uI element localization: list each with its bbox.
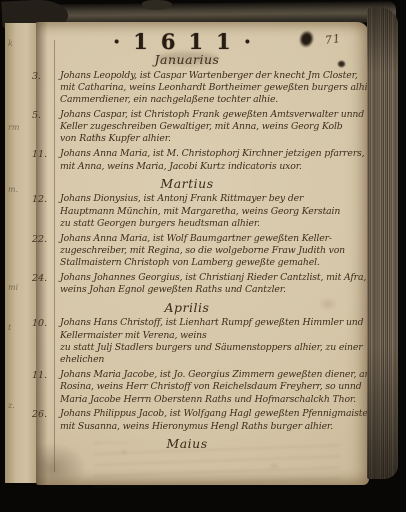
entry-day-number: 10. — [29, 317, 60, 366]
register-entry: 11.Johans Maria Jacobe, ist Jo. Georgius… — [29, 369, 369, 406]
entry-day-number: 3. — [29, 70, 60, 107]
entry-text: Johans Leopoldy, ist Caspar Wartenberger… — [60, 70, 369, 107]
entry-line: Johans Maria Jacobe, ist Jo. Georgius Zi… — [60, 369, 369, 381]
month-heading: Januarius — [17, 52, 357, 67]
entry-line: Cammerdiener, ein nachgelaßene tochter a… — [60, 94, 369, 106]
entry-line: Maria Jacobe Herrn Oberstenn Raths und H… — [60, 394, 369, 406]
entry-line: Johans Anna Maria, ist Wolf Baumgartner … — [60, 233, 369, 245]
entry-line: Johans Johannes Georgius, ist Christianj… — [60, 272, 369, 284]
entry-text: Johans Caspar, ist Christoph Frank geweß… — [60, 109, 369, 146]
facing-page-fragment: z. — [8, 401, 15, 410]
entry-line: mit Anna, weins Maria, Jacobi Kurtz indi… — [60, 161, 369, 173]
manuscript-photo: k rm m. mi t z. ·1611· 71 Januarius3.Joh… — [0, 0, 406, 512]
entry-text: Johans Johannes Georgius, ist Christianj… — [60, 272, 369, 297]
month-heading: Aprilis — [17, 300, 357, 315]
register-entry: 22.Johans Anna Maria, ist Wolf Baumgartn… — [29, 233, 369, 270]
entry-line: Johans Dionysius, ist Antonj Frank Rittm… — [60, 193, 369, 205]
entry-line: Keller zugeschreiben Gewaltiger, mit Ann… — [60, 121, 369, 133]
register-entry: 10.Johans Hans Christoff, ist Lienhart R… — [29, 317, 369, 366]
entry-line: weins Johan Egnol geweßten Raths und Can… — [60, 284, 369, 296]
entry-line: ehelichen — [60, 354, 369, 366]
register-entry: 11.Johans Anna Maria, ist M. Christophor… — [29, 148, 369, 173]
entry-line: mit Susanna, weins Hieronymus Hengl Rath… — [60, 421, 369, 433]
facing-page-fragment: k — [8, 39, 13, 48]
entry-line: Johans Leopoldy, ist Caspar Wartenberger… — [60, 70, 369, 82]
entry-line: Hauptmann Münchin, mit Margaretha, weins… — [60, 206, 369, 218]
facing-page-fragment: mi — [8, 283, 18, 292]
entry-line: zu statt Georgen burgers heudtsman alhie… — [60, 218, 369, 230]
entry-line: Rosina, weins Herr Christoff von Reichel… — [60, 381, 369, 393]
entry-text: Johans Maria Jacobe, ist Jo. Georgius Zi… — [60, 369, 369, 406]
month-section: Aprilis10.Johans Hans Christoff, ist Lie… — [29, 300, 369, 433]
entry-text: Johans Anna Maria, ist M. Christophorj K… — [60, 148, 369, 173]
entry-day-number: 11. — [29, 369, 60, 406]
entry-line: Johans Anna Maria, ist M. Christophorj K… — [60, 148, 369, 160]
entry-line: von Raths Kupfer alhier. — [60, 133, 369, 145]
folio-number: 71 — [324, 32, 341, 47]
register-entry: 5.Johans Caspar, ist Christoph Frank gew… — [29, 109, 369, 146]
register-entry: 3.Johans Leopoldy, ist Caspar Wartenberg… — [29, 70, 369, 107]
facing-page-fragment: rm — [8, 123, 19, 132]
entry-line: Kellermaister mit Verena, weins — [60, 330, 369, 342]
entries-area: Januarius3.Johans Leopoldy, ist Caspar W… — [29, 50, 369, 452]
manuscript-page: ·1611· 71 Januarius3.Johans Leopoldy, is… — [36, 22, 369, 485]
facing-page-fragment: t — [8, 323, 11, 332]
entry-line: zugeschreiber, mit Regina, so die wolgeb… — [60, 245, 369, 257]
entry-line: mit Catharina, weins Leonhardt Bortheime… — [60, 82, 369, 94]
entry-text: Johans Dionysius, ist Antonj Frank Rittm… — [60, 193, 369, 230]
register-entry: 26.Johans Philippus Jacob, ist Wolfgang … — [29, 408, 369, 433]
month-section: Maius — [29, 436, 369, 451]
fore-edge — [367, 7, 398, 479]
entry-day-number: 5. — [29, 109, 60, 146]
month-section: Januarius3.Johans Leopoldy, ist Caspar W… — [29, 52, 369, 173]
entry-line: Stallmaistern Christoph von Lamberg gewe… — [60, 257, 369, 269]
entry-line: Johans Philippus Jacob, ist Wolfgang Hag… — [60, 408, 369, 420]
entry-text: Johans Anna Maria, ist Wolf Baumgartner … — [60, 233, 369, 270]
register-entry: 12.Johans Dionysius, ist Antonj Frank Ri… — [29, 193, 369, 230]
entry-line: zu statt Julj Stadlers burgers und Säume… — [60, 342, 369, 354]
month-section: Martius12.Johans Dionysius, ist Antonj F… — [29, 176, 369, 297]
entry-text: Johans Hans Christoff, ist Lienhart Rump… — [60, 317, 369, 366]
entry-day-number: 22. — [29, 233, 60, 270]
entry-text: Johans Philippus Jacob, ist Wolfgang Hag… — [60, 408, 369, 433]
entry-day-number: 11. — [29, 148, 60, 173]
month-heading: Maius — [17, 436, 357, 451]
month-heading: Martius — [17, 176, 357, 191]
entry-line: Johans Caspar, ist Christoph Frank geweß… — [60, 109, 369, 121]
entry-day-number: 24. — [29, 272, 60, 297]
entry-day-number: 26. — [29, 408, 60, 433]
register-entry: 24.Johans Johannes Georgius, ist Christi… — [29, 272, 369, 297]
entry-line: Johans Hans Christoff, ist Lienhart Rump… — [60, 317, 369, 329]
entry-day-number: 12. — [29, 193, 60, 230]
